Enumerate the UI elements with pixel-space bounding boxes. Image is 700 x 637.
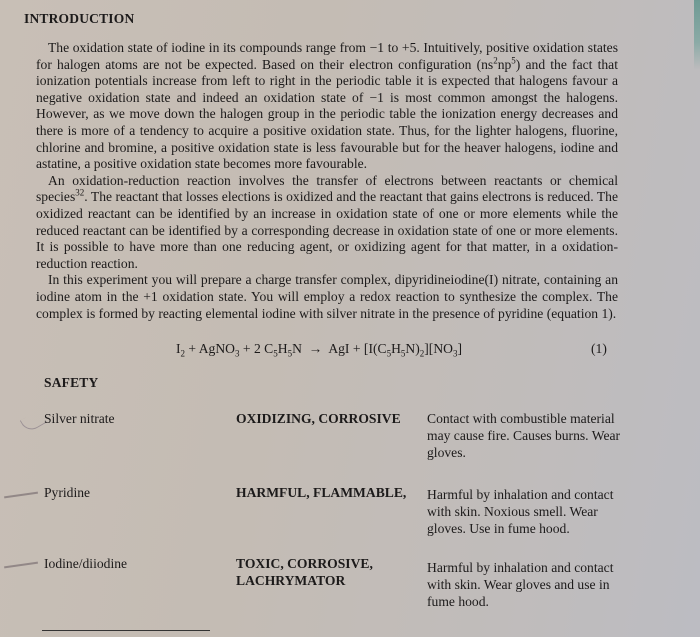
paragraph-experiment: In this experiment you will prepare a ch… <box>36 272 618 322</box>
hazard-description: Contact with combustible material may ca… <box>427 410 627 461</box>
hazard-class: TOXIC, CORROSIVE, LACHRYMATOR <box>236 555 386 589</box>
hazard-class: HARMFUL, FLAMMABLE, <box>236 484 406 501</box>
safety-heading: SAFETY <box>44 375 98 391</box>
chemical-name: Pyridine <box>44 484 90 501</box>
chemical-equation: I2 + AgNO3 + 2 C5H5N → AgI + [I(C5H5N)2]… <box>176 341 462 357</box>
pen-mark-icon <box>4 562 38 568</box>
hazard-class: OXIDIZING, CORROSIVE <box>236 410 401 427</box>
chemical-name: Iodine/diiodine <box>44 555 127 572</box>
equation-number: (1) <box>591 341 607 357</box>
paragraph-oxidation-states: The oxidation state of iodine in its com… <box>36 40 618 173</box>
chemical-name: Silver nitrate <box>44 410 115 427</box>
introduction-heading: INTRODUCTION <box>24 11 134 27</box>
introduction-body: The oxidation state of iodine in its com… <box>36 40 618 322</box>
hazard-description: Harmful by inhalation and contact with s… <box>427 559 627 610</box>
paragraph-redox: An oxidation-reduction reaction involves… <box>36 173 618 273</box>
pen-mark-icon <box>4 492 38 498</box>
hazard-description: Harmful by inhalation and contact with s… <box>427 486 627 537</box>
document-page: INTRODUCTION The oxidation state of iodi… <box>0 0 700 637</box>
footnote-rule <box>42 630 210 631</box>
